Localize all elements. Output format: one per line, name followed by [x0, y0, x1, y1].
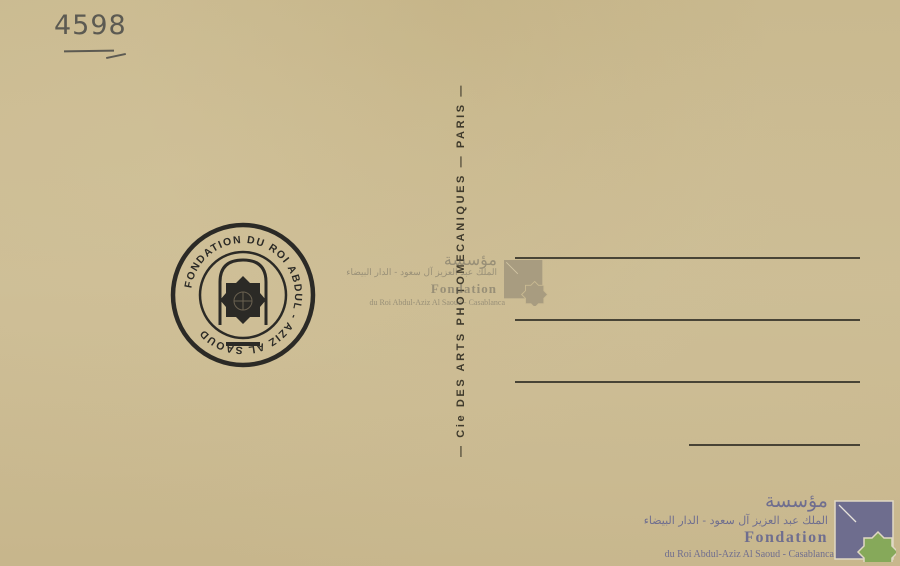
- watermark-subtitle: du Roi Abdul-Aziz Al Saoud - Casablanca: [369, 298, 505, 307]
- address-line-2: [515, 319, 860, 321]
- watermark-arabic-title: مؤسسة: [444, 250, 497, 269]
- logo-title: Fondation: [744, 529, 828, 547]
- logo-arabic-title: مؤسسة: [765, 490, 828, 512]
- handwritten-underline: [64, 50, 114, 53]
- address-line-4: [689, 444, 860, 446]
- handwritten-inventory-number: 4598: [54, 10, 127, 41]
- handwritten-underline-tail: [106, 53, 126, 59]
- center-watermark: مؤسسة الملك عبد العزيز آل سعود - الدار ا…: [340, 250, 555, 310]
- address-line-1: [515, 257, 860, 259]
- address-line-3: [515, 381, 860, 383]
- foundation-logo-icon: [504, 260, 550, 306]
- watermark-title: Fondation: [431, 281, 497, 297]
- logo-subtitle: du Roi Abdul-Aziz Al Saoud - Casablanca: [665, 549, 834, 560]
- watermark-arabic-subtitle: الملك عبد العزيز آل سعود - الدار البيضاء: [346, 268, 497, 278]
- foundation-watermark-logo: مؤسسة الملك عبد العزيز آل سعود - الدار ا…: [634, 490, 900, 566]
- logo-arabic-subtitle: الملك عبد العزيز آل سعود - الدار البيضاء: [644, 514, 828, 527]
- foundation-logo-icon: [834, 500, 896, 562]
- foundation-stamp-icon: FONDATION DU ROI ABDUL - AZIZ AL SAOUD: [168, 220, 318, 370]
